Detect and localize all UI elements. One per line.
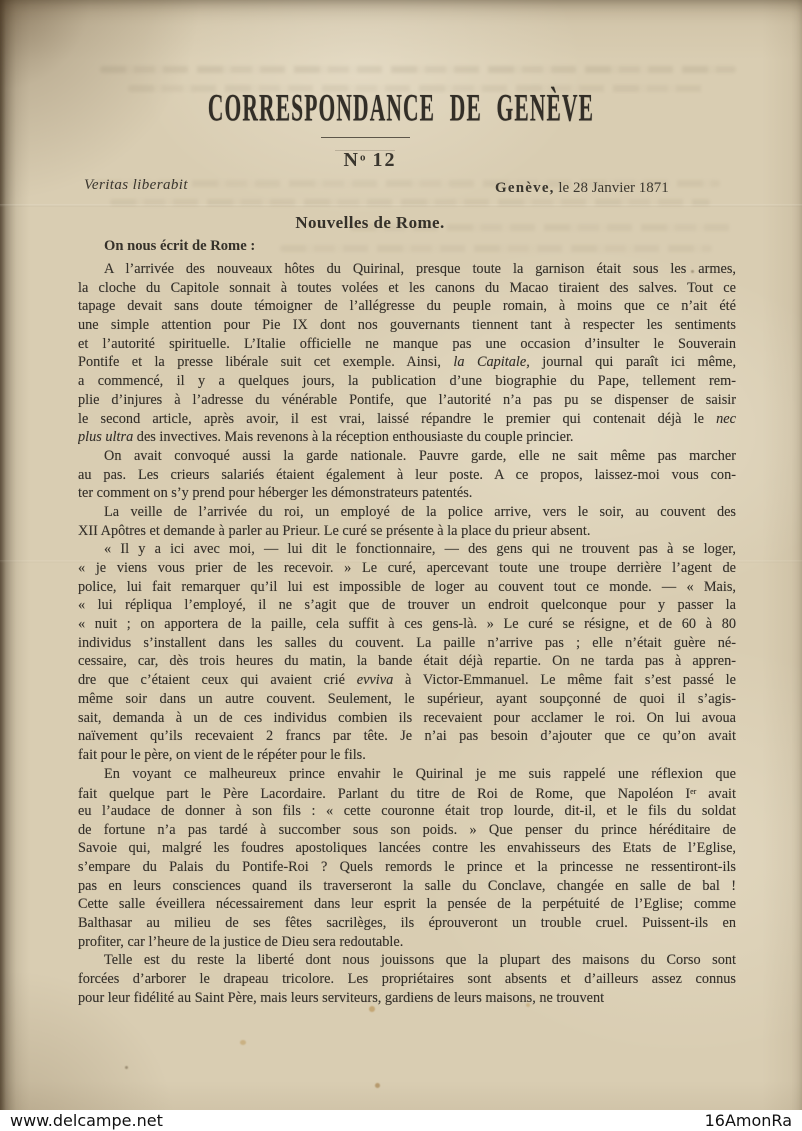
text-line: forcées d’arborer le drapeau tricolore. … bbox=[78, 970, 736, 989]
watermark-credit: 16AmonRa bbox=[705, 1111, 802, 1130]
newspaper-title: CORRESPONDANCE DE GENÈVE bbox=[0, 90, 802, 128]
text-line: Cette salle éveillera nécessairement dan… bbox=[78, 895, 736, 914]
text-line: pas en leurs consciences quand ils trave… bbox=[78, 877, 736, 896]
dateline-place: Genève, bbox=[495, 180, 555, 196]
title-rule-shadow bbox=[335, 150, 395, 151]
text-line: fait quelque part le Père Lacordaire. Pa… bbox=[78, 783, 736, 802]
dateline-date: le 28 Janvier 1871 bbox=[555, 180, 669, 196]
text-line: a commencé, il y a quelques jours, la pu… bbox=[78, 372, 736, 391]
text-line: police, lui fait remarquer qu’il lui est… bbox=[78, 578, 736, 597]
text-line: de fortune n’a pas tardé à succomber sou… bbox=[78, 821, 736, 840]
text-line: au pas. Les crieurs salariés étaient éga… bbox=[78, 466, 736, 485]
watermark-bar: www.delcampe.net 16AmonRa bbox=[0, 1110, 802, 1131]
text-line: XII Apôtres et demande à parler au Prieu… bbox=[78, 522, 736, 541]
issue-prefix: N bbox=[344, 149, 360, 171]
text-line: ter comment on s’y prend pour héberger l… bbox=[78, 484, 736, 503]
text-line: plie d’injures à l’adresse du vénérable … bbox=[78, 391, 736, 410]
text-line: sait, demanda à un de ces individus comb… bbox=[78, 709, 736, 728]
text-line: On avait convoqué aussi la garde nationa… bbox=[78, 447, 736, 466]
text-line: tapage devait sans doute témoigner de l’… bbox=[78, 297, 736, 316]
text-line: A l’arrivée des nouveaux hôtes du Quirin… bbox=[78, 260, 736, 279]
text-line: « nuit ; on apportera de la paille, cela… bbox=[78, 615, 736, 634]
text-line: Telle est du reste la liberté dont nous … bbox=[78, 951, 736, 970]
text-line: En voyant ce malheureux prince envahir l… bbox=[78, 765, 736, 784]
text-line: « je viens vous prier de les recevoir. »… bbox=[78, 559, 736, 578]
text-line: et l’autorité spirituelle. L’Italie offi… bbox=[78, 335, 736, 354]
text-line: fait pour le père, on vient de le répéte… bbox=[78, 746, 736, 765]
text-line: même soir dans un autre couvent. Seuleme… bbox=[78, 690, 736, 709]
text-line: La veille de l’arrivée du roi, un employ… bbox=[78, 503, 736, 522]
text-line: une simple attention pour Pie IX dont no… bbox=[78, 316, 736, 335]
text-line: « lui répliqua l’employé, il ne s’agit q… bbox=[78, 596, 736, 615]
watermark-site: www.delcampe.net bbox=[0, 1111, 163, 1130]
text-line: dre que c’étaient ceux qui avaient crié … bbox=[78, 671, 736, 690]
paper-stain bbox=[125, 1066, 128, 1069]
text-line: Savoie qui, malgré les foudres apostoliq… bbox=[78, 839, 736, 858]
text-line: cessaire, car, dès trois heures du matin… bbox=[78, 652, 736, 671]
text-line: la cloche du Capitole sonnait à toutes v… bbox=[78, 279, 736, 298]
fold-crease bbox=[0, 204, 802, 207]
text-line: « Il y a ici avec moi, — lui dit le fonc… bbox=[78, 540, 736, 559]
issue-value: 12 bbox=[365, 149, 396, 171]
text-line: plus ultra des invectives. Mais revenons… bbox=[78, 428, 736, 447]
text-line: eu l’audace de donner à son fils : « cet… bbox=[78, 802, 736, 821]
bleed-through-band bbox=[100, 66, 736, 73]
text-line: individus s’installent dans les salles d… bbox=[78, 634, 736, 653]
newspaper-title-text: CORRESPONDANCE DE GENÈVE bbox=[208, 89, 594, 129]
title-rule bbox=[321, 137, 410, 138]
article-heading: Nouvelles de Rome. bbox=[0, 213, 740, 233]
paper-stain bbox=[240, 1040, 246, 1045]
text-line: profiter, car l’heure de la justice de D… bbox=[78, 933, 736, 952]
motto: Veritas liberabit bbox=[84, 177, 188, 194]
text-line: le second article, après avoir, il est v… bbox=[78, 410, 736, 429]
text-line: Balthasar au milieu de ses fêtes sacrilè… bbox=[78, 914, 736, 933]
text-line: naïvement qu’ils recevaient 2 francs par… bbox=[78, 727, 736, 746]
issue-number: No 12 bbox=[0, 149, 740, 172]
newspaper-page: CORRESPONDANCE DE GENÈVE No 12 Veritas l… bbox=[0, 0, 802, 1131]
article-body: A l’arrivée des nouveaux hôtes du Quirin… bbox=[78, 260, 736, 1008]
paper-stain bbox=[375, 1083, 380, 1088]
text-line: s’empare du Palais du Pontife-Roi ? Quel… bbox=[78, 858, 736, 877]
article-intro: On nous écrit de Rome : bbox=[78, 238, 736, 255]
text-line: pour leur fidélité au Saint Père, mais l… bbox=[78, 989, 736, 1008]
dateline: Genève, le 28 Janvier 1871 bbox=[495, 180, 669, 197]
text-line: Pontife et la presse libérale suit cet e… bbox=[78, 353, 736, 372]
